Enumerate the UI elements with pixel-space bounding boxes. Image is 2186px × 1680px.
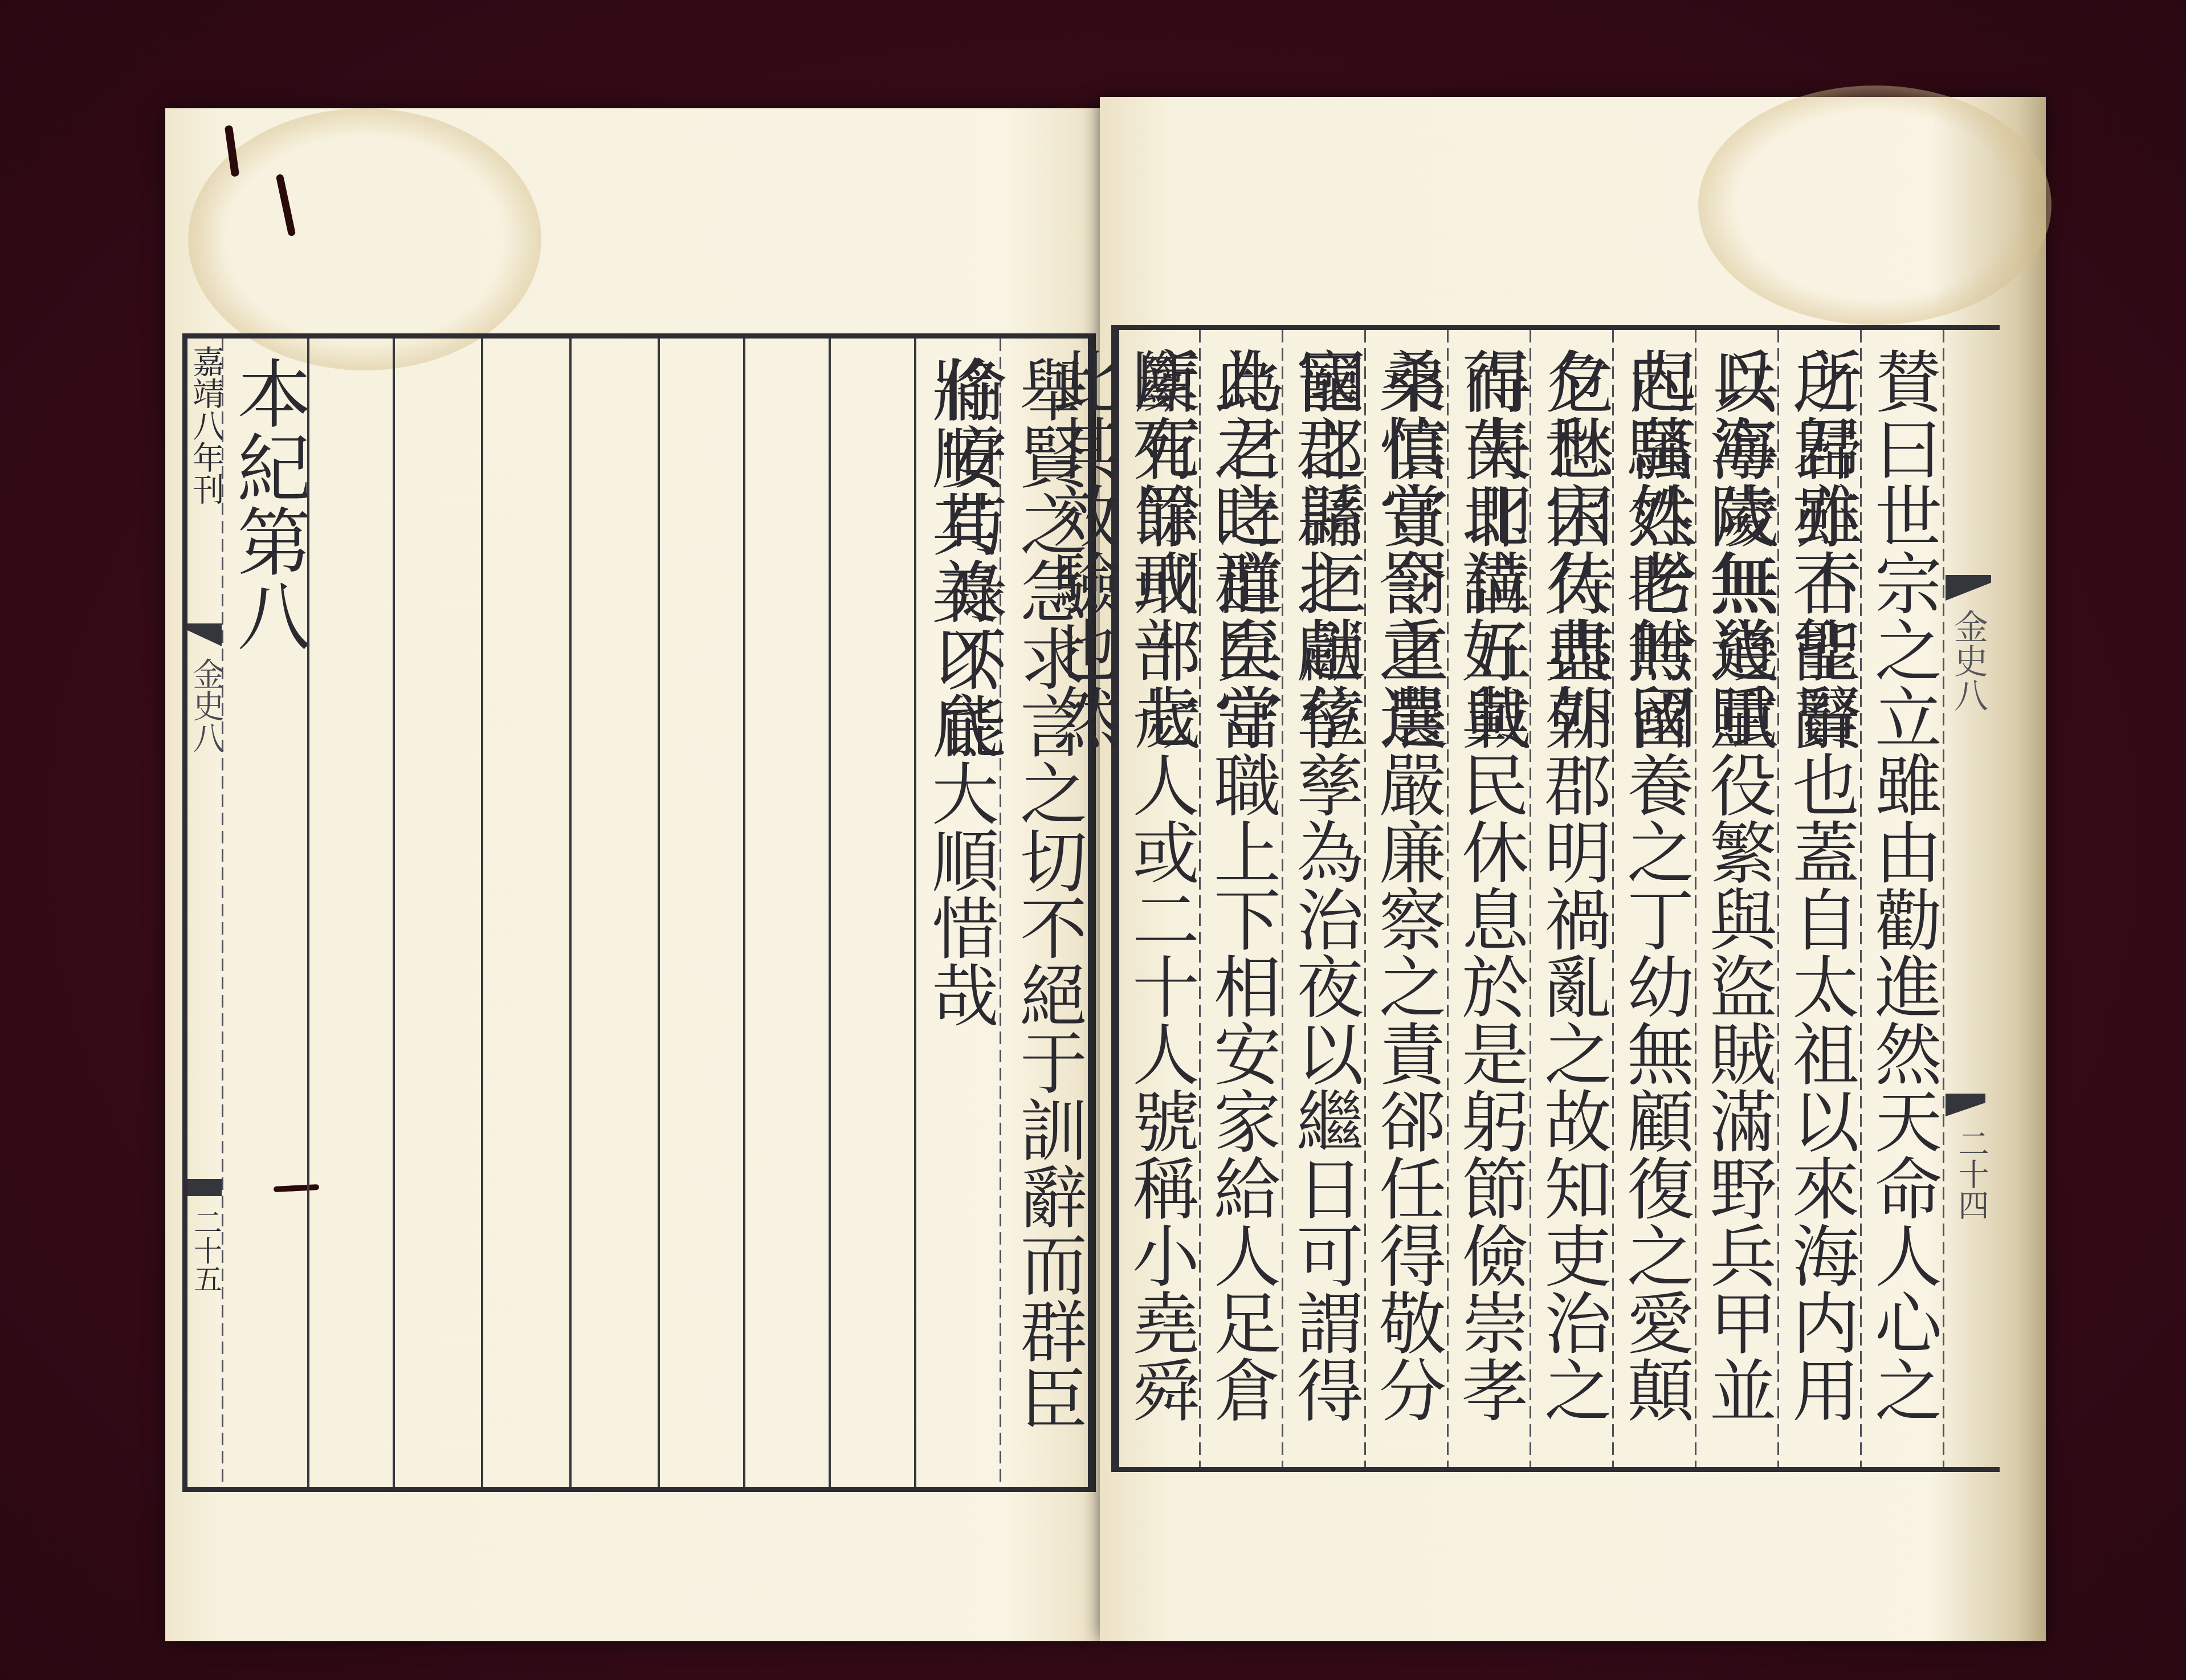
text-column-3: 以海陵無道賦役繁與盜賊滿野兵甲並起萬姓盻盻國 <box>1698 347 1777 1467</box>
fish-tail-lower <box>187 1179 222 1196</box>
text-column-4: 内騷然老無留養之丁幼無顧復之愛顛危愁困待盡朝 <box>1615 347 1695 1467</box>
volume-label: 金史八 <box>190 658 222 753</box>
page-number: 二十五 <box>190 1208 222 1293</box>
water-stain <box>1698 85 2052 325</box>
right-text-frame: 賛曰世宗之立雖由勸進然天命人心之所歸雖古聖賢 之君亦不能辭也蓋自太祖以來海内用兵… <box>1111 325 2000 1472</box>
page-number: 二十四 <box>1954 1128 1988 1220</box>
column-rule <box>481 339 483 1487</box>
column-rule <box>222 339 223 1487</box>
text-column-5: 夕世宗久典外郡明禍亂之故知吏治之得失即位五載 <box>1532 347 1612 1467</box>
column-rule <box>1943 330 1944 1467</box>
text-column-2: 將順其美以底大順惜哉 <box>920 356 1000 1028</box>
right-page: 賛曰世宗之立雖由勸進然天命人心之所歸雖古聖賢 之君亦不能辭也蓋自太祖以來海内用兵… <box>1100 97 2046 1641</box>
chapter-title: 本紀第八 <box>229 356 308 652</box>
text-column-9: 此之時群臣守職上下相安家給人足倉廩有餘刑部歲 <box>1202 347 1282 1467</box>
volume-label: 金史八 <box>1951 609 1985 712</box>
fish-tail-upper <box>187 623 222 646</box>
text-column-6: 而南北講好與民休息於是躬節儉崇孝弟信賞罰重農 <box>1450 347 1530 1467</box>
column-rule <box>743 339 745 1487</box>
edition-label: 嘉靖八年刊 <box>190 345 222 505</box>
column-rule <box>914 339 916 1487</box>
column-rule <box>829 339 831 1487</box>
text-column-10: 斷死罪或十七人或二十人號稱小堯舜此其效驗也然 <box>1120 347 1200 1467</box>
text-column-2: 之君亦不能辭也蓋自太祖以來海内用兵寧歲無幾重 <box>1780 347 1860 1467</box>
left-page: 嘉靖八年刊 金史八 二十五 本紀第八 舉賢之急求言之切不絕于訓辭而群臣偷安苟祿不… <box>165 108 1100 1641</box>
right-margin-strip: 金史八 二十四 <box>1946 330 2000 1467</box>
column-rule <box>307 339 309 1487</box>
fish-tail-lower <box>1946 1094 1985 1116</box>
text-column-1: 賛曰世宗之立雖由勸進然天命人心之所歸雖古聖賢 <box>1863 347 1943 1467</box>
text-column-8: 寵郡縣之獻孳孳為治夜以繼日可謂得為君之道矣當 <box>1284 347 1364 1467</box>
text-column-7: 桑慎守令之選嚴廉察之責郤任得敬分國之請拒趙位 <box>1367 347 1447 1467</box>
column-rule <box>393 339 395 1487</box>
left-margin-strip: 嘉靖八年刊 金史八 二十五 <box>187 339 222 1487</box>
water-stain <box>188 108 541 370</box>
fish-tail-upper <box>1946 575 1991 601</box>
left-text-frame: 嘉靖八年刊 金史八 二十五 本紀第八 舉賢之急求言之切不絕于訓辭而群臣偷安苟祿不… <box>182 333 1096 1492</box>
column-rule <box>569 339 572 1487</box>
column-rule <box>658 339 660 1487</box>
